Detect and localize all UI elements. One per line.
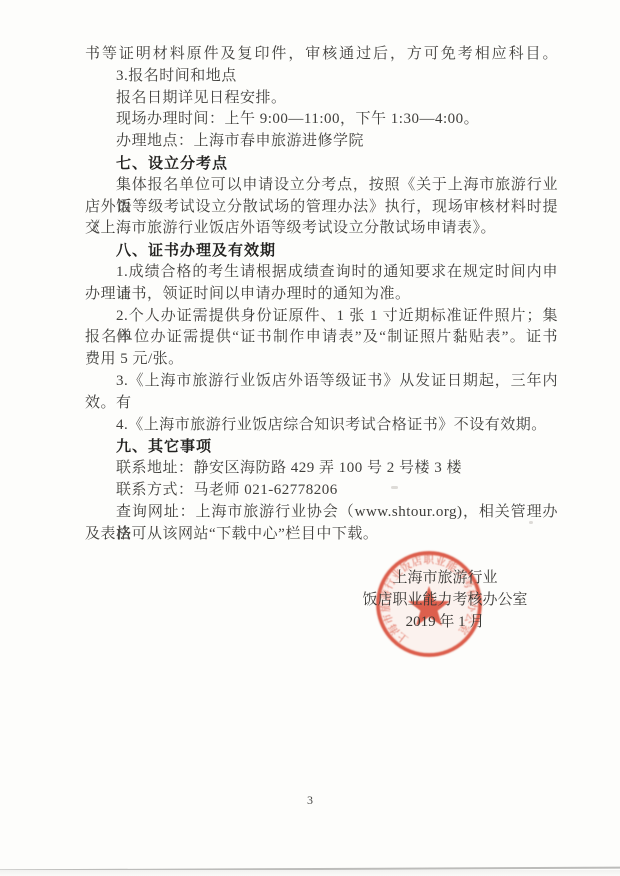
document-line: 4.《上海市旅游行业饭店综合知识考试合格证书》不设有效期。 — [85, 415, 558, 437]
document-line: 1.成绩合格的考生请根据成绩查询时的通知要求在规定时间内申请 — [85, 262, 558, 284]
signature-block: 上海市旅游行业 饭店职业能力考核办公室 2019 年 1 月 — [330, 567, 560, 633]
document-line: 集体报名单位可以申请设立分考点，按照《关于上海市旅游行业饭 — [85, 175, 558, 197]
document-line: 办理证书，领证时间以申请办理时的通知为准。 — [85, 284, 558, 306]
section-heading: 七、设立分考点 — [85, 153, 558, 175]
issuing-org-line2: 饭店职业能力考核办公室 — [330, 589, 560, 611]
scan-paper-edge-shadow — [0, 870, 620, 876]
document-line: 3.《上海市旅游行业饭店外语等级证书》从发证日期起，三年内有 — [85, 371, 558, 393]
document-body: 书等证明材料原件及复印件，审核通过后，方可免考相应科目。3.报名时间和地点报名日… — [85, 44, 558, 545]
scan-speck — [391, 486, 398, 489]
issuing-org-line1: 上海市旅游行业 — [330, 567, 560, 589]
document-line: 店外语等级考试设立分散试场的管理办法》执行，现场审核材料时提交 — [85, 197, 558, 219]
document-line: 查询网址：上海市旅游行业协会（www.shtour.org)，相关管理办法 — [85, 502, 558, 524]
document-line: 2.个人办证需提供身份证原件、1 张 1 寸近期标准证件照片；集体 — [85, 306, 558, 328]
document-line: 3.报名时间和地点 — [85, 66, 558, 88]
issue-date: 2019 年 1 月 — [330, 611, 560, 633]
document-line: 报名日期详见日程安排。 — [85, 88, 558, 110]
document-line: 联系地址：静安区海防路 429 弄 100 号 2 号楼 3 楼 — [85, 458, 558, 480]
document-line: 效。 — [85, 393, 558, 415]
document-line: 书等证明材料原件及复印件，审核通过后，方可免考相应科目。 — [85, 44, 558, 66]
document-line: 费用 5 元/张。 — [85, 349, 558, 371]
section-heading: 八、证书办理及有效期 — [85, 240, 558, 262]
document-line: 办理地点：上海市春申旅游进修学院 — [85, 131, 558, 153]
document-line: 《上海市旅游行业饭店外语等级考试设立分散试场申请表》。 — [85, 218, 558, 240]
page-number: 3 — [0, 793, 620, 808]
document-line: 现场办理时间：上午 9:00—11:00，下午 1:30—4:00。 — [85, 109, 558, 131]
document-line: 报名单位办证需提供“证书制作申请表”及“制证照片黏贴表”。证书 — [85, 327, 558, 349]
scan-speck — [529, 521, 533, 524]
section-heading: 九、其它事项 — [85, 436, 558, 458]
document-line: 联系方式：马老师 021-62778206 — [85, 480, 558, 502]
